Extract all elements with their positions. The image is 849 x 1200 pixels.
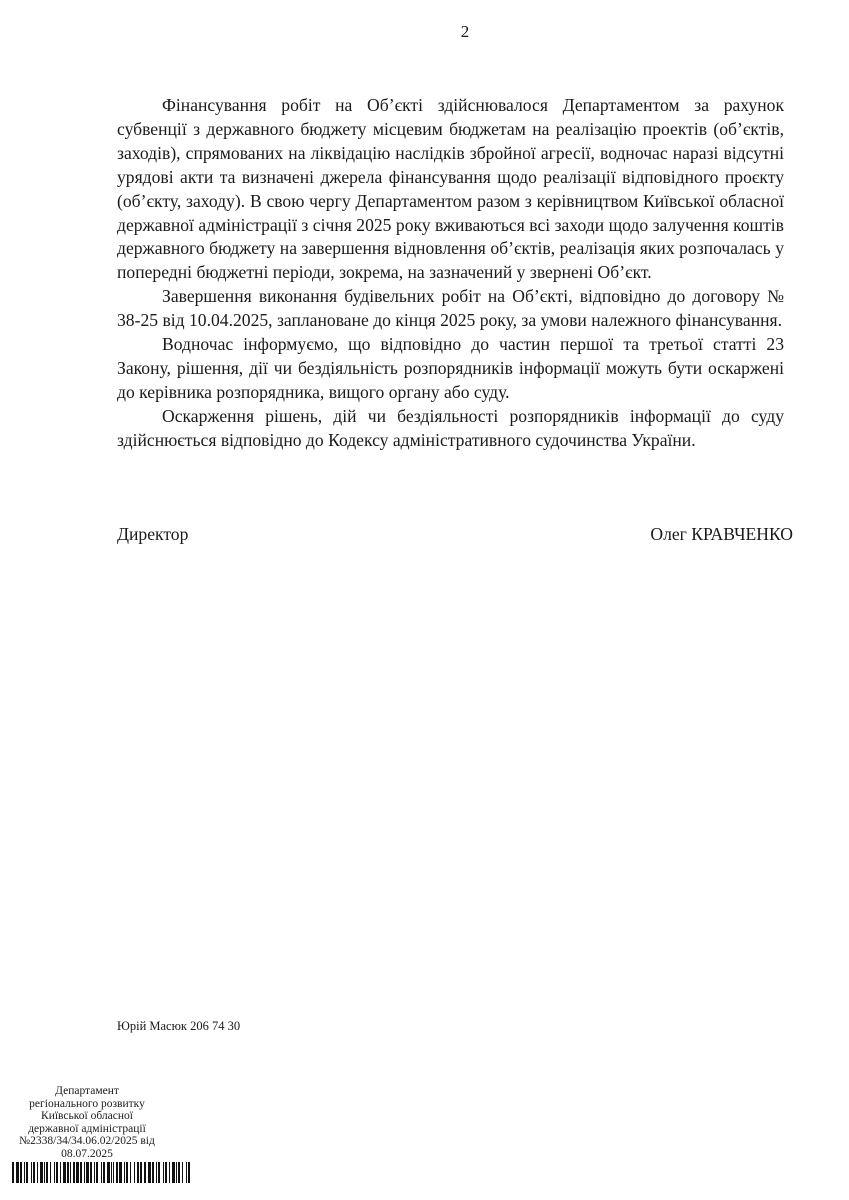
paragraph-court-appeal: Оскарження рішень, дій чи бездіяльності … bbox=[117, 405, 784, 453]
signatory-position: Директор bbox=[117, 524, 188, 545]
signature-block: Директор Олег КРАВЧЕНКО bbox=[117, 524, 793, 545]
stamp-line: регіонального розвитку bbox=[12, 1098, 162, 1111]
page-number: 2 bbox=[0, 22, 849, 42]
stamp-line: 08.07.2025 bbox=[12, 1148, 162, 1161]
stamp-line: Київської обласної bbox=[12, 1110, 162, 1123]
signatory-name: Олег КРАВЧЕНКО bbox=[650, 524, 793, 545]
stamp-line: №2338/34/34.06.02/2025 від bbox=[12, 1135, 162, 1148]
executor-contact: Юрій Масюк 206 74 30 bbox=[117, 1019, 240, 1034]
registration-stamp: Департамент регіонального розвитку Київс… bbox=[12, 1085, 162, 1161]
paragraph-completion: Завершення виконання будівельних робіт н… bbox=[117, 285, 784, 333]
letter-body: Фінансування робіт на Об’єкті здійснювал… bbox=[117, 94, 784, 453]
paragraph-appeal-rights: Водночас інформуємо, що відповідно до ча… bbox=[117, 333, 784, 405]
stamp-line: державної адміністрації bbox=[12, 1123, 162, 1136]
paragraph-funding: Фінансування робіт на Об’єкті здійснювал… bbox=[117, 94, 784, 285]
barcode-icon bbox=[12, 1162, 190, 1183]
stamp-line: Департамент bbox=[12, 1085, 162, 1098]
